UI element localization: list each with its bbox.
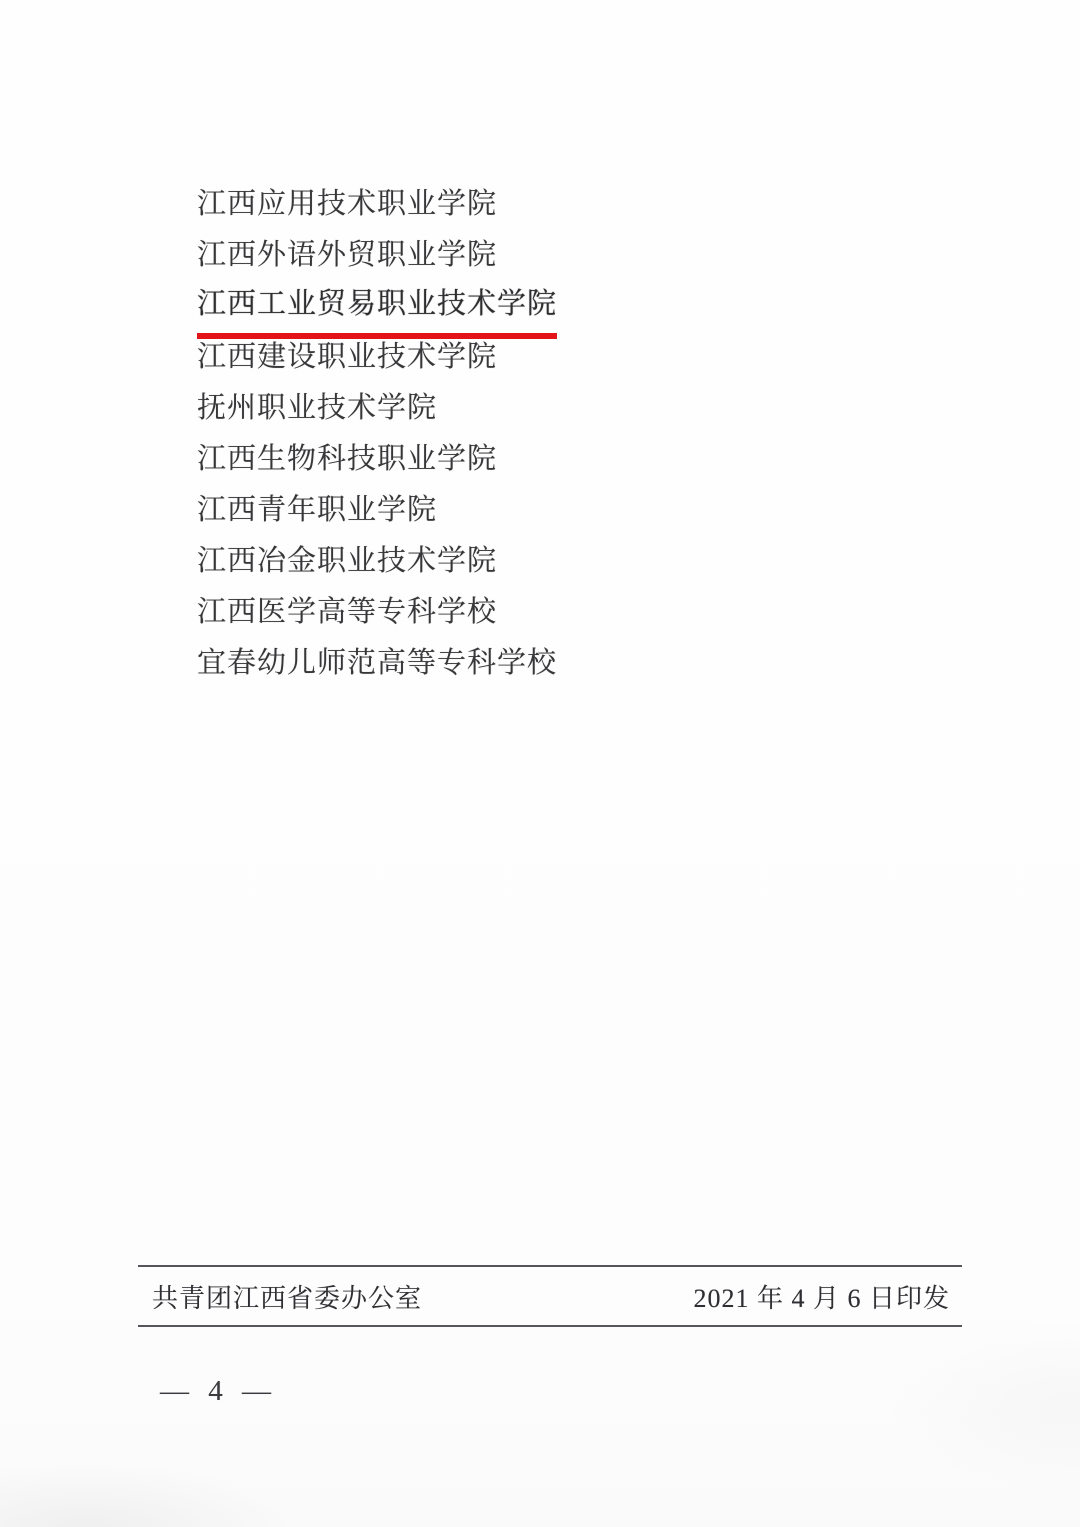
college-name: 江西生物科技职业学院: [197, 434, 497, 485]
college-name: 江西外语外贸职业学院: [197, 230, 497, 281]
document-page: 江西应用技术职业学院 江西外语外贸职业学院 江西工业贸易职业技术学院 江西建设职…: [0, 0, 1080, 1527]
college-list-item: 江西冶金职业技术学院: [197, 534, 557, 585]
college-name: 江西青年职业学院: [197, 485, 437, 536]
footer-print-date: 2021 年 4 月 6 日印发: [693, 1278, 950, 1315]
college-list-item: 江西应用技术职业学院: [197, 177, 557, 228]
college-name: 江西医学高等专科学校: [197, 587, 497, 638]
college-list-item-highlighted: 江西工业贸易职业技术学院: [197, 279, 557, 330]
college-list-item: 抚州职业技术学院: [197, 381, 557, 432]
college-list-item: 江西外语外贸职业学院: [197, 228, 557, 279]
college-name: 抚州职业技术学院: [197, 383, 437, 434]
college-list-item: 江西医学高等专科学校: [197, 585, 557, 636]
college-name: 江西应用技术职业学院: [197, 179, 497, 230]
college-list-item: 宜春幼儿师范高等专科学校: [197, 636, 557, 687]
college-list-item: 江西生物科技职业学院: [197, 432, 557, 483]
college-name: 江西建设职业技术学院: [197, 332, 497, 383]
footer-imprint-block: 共青团江西省委办公室 2021 年 4 月 6 日印发: [138, 1265, 962, 1327]
college-name: 江西冶金职业技术学院: [197, 536, 497, 587]
college-list-item: 江西青年职业学院: [197, 483, 557, 534]
footer-issuer: 共青团江西省委办公室: [152, 1278, 422, 1315]
college-list: 江西应用技术职业学院 江西外语外贸职业学院 江西工业贸易职业技术学院 江西建设职…: [197, 177, 557, 687]
college-name: 宜春幼儿师范高等专科学校: [197, 638, 557, 689]
page-number: — 4 —: [160, 1375, 277, 1408]
